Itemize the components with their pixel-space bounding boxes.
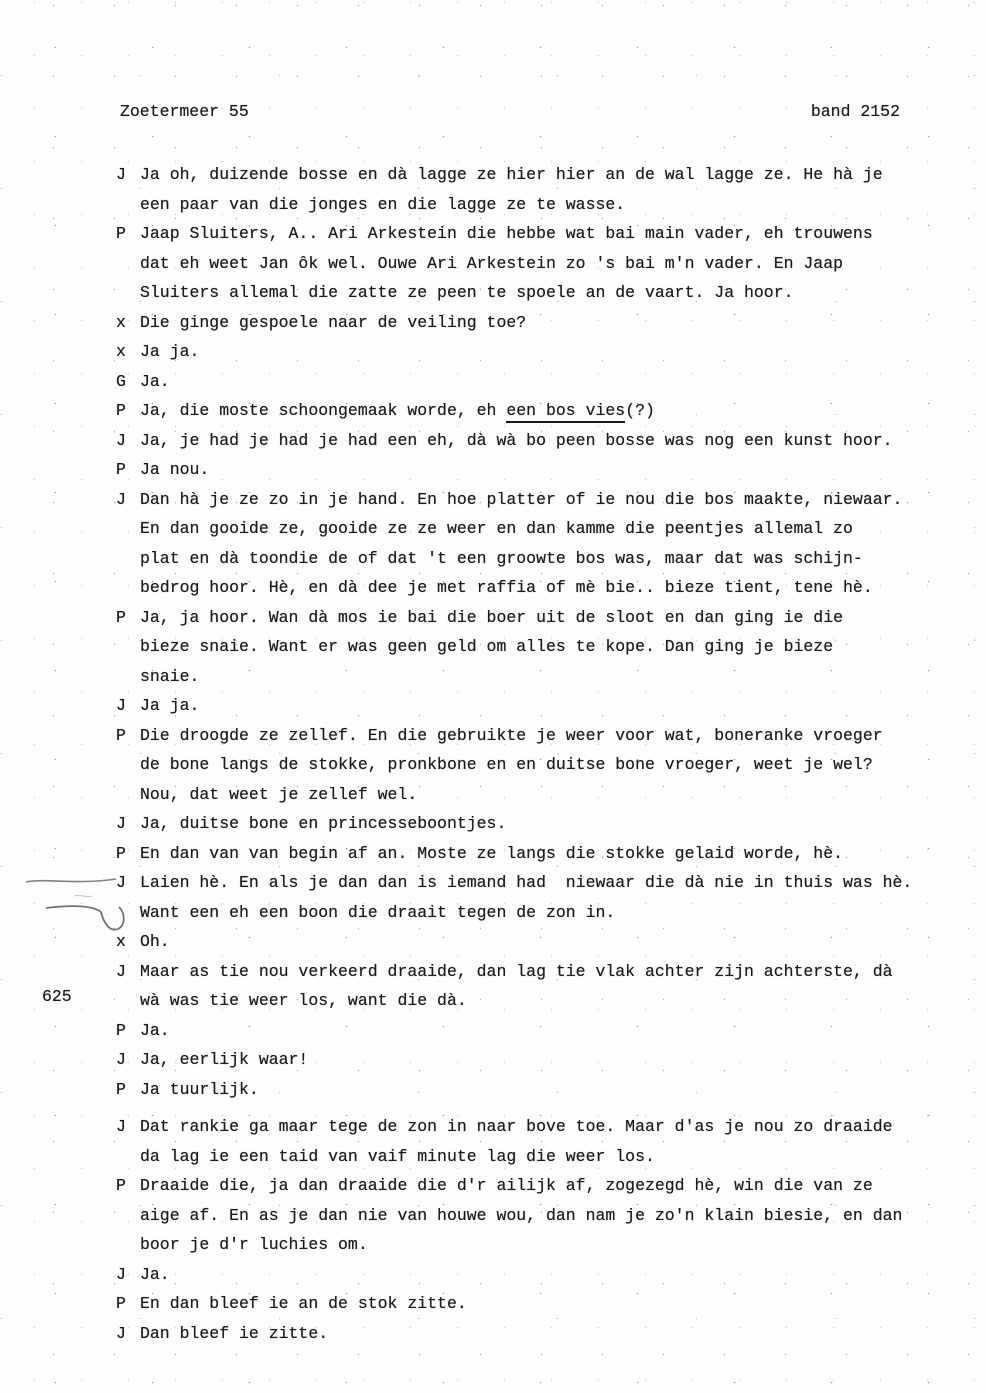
handwritten-margin-mark	[16, 866, 136, 938]
line-text: boor je d'r luchies om.	[140, 1230, 986, 1260]
line-text: Die ginge gespoele naar de veiling toe?	[140, 308, 986, 338]
speaker-label: J	[116, 691, 140, 721]
transcript-line: JJa oh, duizende bosse en dà lagge ze hi…	[116, 160, 986, 190]
transcript-line: JJa ja.	[116, 691, 986, 721]
line-text: aige af. En as je dan nie van houwe wou,…	[140, 1201, 986, 1231]
transcript-line: En dan gooide ze, gooide ze ze weer en d…	[116, 514, 986, 544]
transcript-line: GJa.	[116, 367, 986, 397]
speaker-label: J	[116, 957, 140, 987]
line-text: Want een eh een boon die draait tegen de…	[140, 898, 986, 928]
speaker-label: P	[116, 455, 140, 485]
transcript-line: PEn dan bleef ie an de stok zitte.	[116, 1289, 986, 1319]
line-text: Oh.	[140, 927, 986, 957]
line-text: Dat rankie ga maar tege de zon in naar b…	[140, 1112, 986, 1142]
transcript-line: JMaar as tie nou verkeerd draaide, dan l…	[116, 957, 986, 987]
line-text: Jaap Sluiters, A.. Ari Arkestein die heb…	[140, 219, 986, 249]
transcript-line: plat en dà toondie de of dat 't een groo…	[116, 544, 986, 574]
transcript-line: bieze snaie. Want er was geen geld om al…	[116, 632, 986, 662]
speaker-label	[116, 750, 140, 780]
line-text: Ja, eerlijk waar!	[140, 1045, 986, 1075]
transcript-line: JJa, je had je had je had een eh, dà wà …	[116, 426, 986, 456]
speaker-label: J	[116, 1045, 140, 1075]
speaker-label: P	[116, 721, 140, 751]
speaker-label: J	[116, 485, 140, 515]
line-text: Ja, ja hoor. Wan dà mos ie bai die boer …	[140, 603, 986, 633]
transcript-line: xJa ja.	[116, 337, 986, 367]
line-text: Nou, dat weet je zellef wel.	[140, 780, 986, 810]
line-text: Ja.	[140, 367, 986, 397]
speaker-label	[116, 514, 140, 544]
transcript-line: wà was tie weer los, want die dà.	[116, 986, 986, 1016]
transcript-line: de bone langs de stokke, pronkbone en en…	[116, 750, 986, 780]
line-text: Die droogde ze zellef. En die gebruikte …	[140, 721, 986, 751]
transcript-line: PJaap Sluiters, A.. Ari Arkestein die he…	[116, 219, 986, 249]
line-text: Ja.	[140, 1016, 986, 1046]
transcript-line: Sluiters allemal die zatte ze peen te sp…	[116, 278, 986, 308]
transcript-line: boor je d'r luchies om.	[116, 1230, 986, 1260]
line-text: Ja, duitse bone en princesseboontjes.	[140, 809, 986, 839]
line-text: bieze snaie. Want er was geen geld om al…	[140, 632, 986, 662]
line-text: Dan hà je ze zo in je hand. En hoe platt…	[140, 485, 986, 515]
line-text: plat en dà toondie de of dat 't een groo…	[140, 544, 986, 574]
line-text: Ja nou.	[140, 455, 986, 485]
transcript-line: JDan hà je ze zo in je hand. En hoe plat…	[116, 485, 986, 515]
speaker-label: P	[116, 1289, 140, 1319]
speaker-label: x	[116, 337, 140, 367]
speaker-label: x	[116, 308, 140, 338]
transcript-line: xDie ginge gespoele naar de veiling toe?	[116, 308, 986, 338]
line-text: de bone langs de stokke, pronkbone en en…	[140, 750, 986, 780]
speaker-label	[116, 190, 140, 220]
underlined-phrase: een bos vies	[506, 401, 625, 423]
document-page: Zoetermeer 55 band 2152 JJa oh, duizende…	[0, 0, 986, 1393]
transcript-line: JJa, eerlijk waar!	[116, 1045, 986, 1075]
transcript: JJa oh, duizende bosse en dà lagge ze hi…	[0, 160, 986, 1348]
transcript-line: PJa nou.	[116, 455, 986, 485]
transcript-line: bedrog hoor. Hè, en dà dee je met raffia…	[116, 573, 986, 603]
line-text: Dan bleef ie zitte.	[140, 1319, 986, 1349]
line-text: Maar as tie nou verkeerd draaide, dan la…	[140, 957, 986, 987]
line-text: snaie.	[140, 662, 986, 692]
line-text: een paar van die jonges en die lagge ze …	[140, 190, 986, 220]
transcript-line: een paar van die jonges en die lagge ze …	[116, 190, 986, 220]
transcript-line: da lag ie een taid van vaif minute lag d…	[116, 1142, 986, 1172]
speaker-label	[116, 544, 140, 574]
page-header: Zoetermeer 55 band 2152	[0, 0, 986, 122]
transcript-line: PEn dan van van begin af an. Moste ze la…	[116, 839, 986, 869]
line-text: En dan gooide ze, gooide ze ze weer en d…	[140, 514, 986, 544]
speaker-label: P	[116, 1171, 140, 1201]
doc-band-label: band 2152	[811, 102, 900, 122]
line-text: Ja tuurlijk.	[140, 1075, 986, 1105]
transcript-line: PJa, die moste schoongemaak worde, eh ee…	[116, 396, 986, 426]
transcript-line: JJa.	[116, 1260, 986, 1290]
speaker-label: P	[116, 603, 140, 633]
speaker-label	[116, 1142, 140, 1172]
speaker-label	[116, 573, 140, 603]
transcript-line: xOh.	[116, 927, 986, 957]
transcript-line: JDat rankie ga maar tege de zon in naar …	[116, 1112, 986, 1142]
speaker-label: P	[116, 396, 140, 426]
transcript-line: PJa tuurlijk.	[116, 1075, 986, 1105]
line-text: Laien hè. En als je dan dan is iemand ha…	[140, 868, 986, 898]
speaker-label: J	[116, 160, 140, 190]
line-text: dat eh weet Jan ôk wel. Ouwe Ari Arkeste…	[140, 249, 986, 279]
speaker-label	[116, 1230, 140, 1260]
transcript-line: dat eh weet Jan ôk wel. Ouwe Ari Arkeste…	[116, 249, 986, 279]
transcript-line: JLaien hè. En als je dan dan is iemand h…	[116, 868, 986, 898]
speaker-label	[116, 986, 140, 1016]
speaker-label: J	[116, 426, 140, 456]
speaker-label: P	[116, 219, 140, 249]
speaker-label: J	[116, 1260, 140, 1290]
speaker-label	[116, 1201, 140, 1231]
transcript-line: PJa, ja hoor. Wan dà mos ie bai die boer…	[116, 603, 986, 633]
transcript-line: PDraaide die, ja dan draaide die d'r ail…	[116, 1171, 986, 1201]
transcript-line: PJa.	[116, 1016, 986, 1046]
transcript-line: Want een eh een boon die draait tegen de…	[116, 898, 986, 928]
doc-location-label: Zoetermeer 55	[120, 102, 249, 122]
speaker-label: G	[116, 367, 140, 397]
transcript-line: JJa, duitse bone en princesseboontjes.	[116, 809, 986, 839]
speaker-label: P	[116, 1075, 140, 1105]
line-text: wà was tie weer los, want die dà.	[140, 986, 986, 1016]
speaker-label	[116, 278, 140, 308]
speaker-label: J	[116, 1319, 140, 1349]
transcript-line: PDie droogde ze zellef. En die gebruikte…	[116, 721, 986, 751]
transcript-line: JDan bleef ie zitte.	[116, 1319, 986, 1349]
margin-page-number: 625	[42, 982, 72, 1012]
line-text: da lag ie een taid van vaif minute lag d…	[140, 1142, 986, 1172]
line-text: Sluiters allemal die zatte ze peen te sp…	[140, 278, 986, 308]
line-text: Draaide die, ja dan draaide die d'r aili…	[140, 1171, 986, 1201]
speaker-label: J	[116, 809, 140, 839]
line-text: En dan bleef ie an de stok zitte.	[140, 1289, 986, 1319]
speaker-label	[116, 780, 140, 810]
line-text: Ja oh, duizende bosse en dà lagge ze hie…	[140, 160, 986, 190]
line-text: En dan van van begin af an. Moste ze lan…	[140, 839, 986, 869]
speaker-label: P	[116, 1016, 140, 1046]
speaker-label: P	[116, 839, 140, 869]
line-text: Ja.	[140, 1260, 986, 1290]
transcript-line: Nou, dat weet je zellef wel.	[116, 780, 986, 810]
line-text: Ja, die moste schoongemaak worde, eh een…	[140, 396, 986, 426]
line-text: Ja, je had je had je had een eh, dà wà b…	[140, 426, 986, 456]
line-text: Ja ja.	[140, 337, 986, 367]
speaker-label	[116, 662, 140, 692]
speaker-label	[116, 632, 140, 662]
transcript-line: snaie.	[116, 662, 986, 692]
line-text: bedrog hoor. Hè, en dà dee je met raffia…	[140, 573, 986, 603]
speaker-label	[116, 249, 140, 279]
speaker-label: J	[116, 1112, 140, 1142]
line-text: Ja ja.	[140, 691, 986, 721]
transcript-line: aige af. En as je dan nie van houwe wou,…	[116, 1201, 986, 1231]
